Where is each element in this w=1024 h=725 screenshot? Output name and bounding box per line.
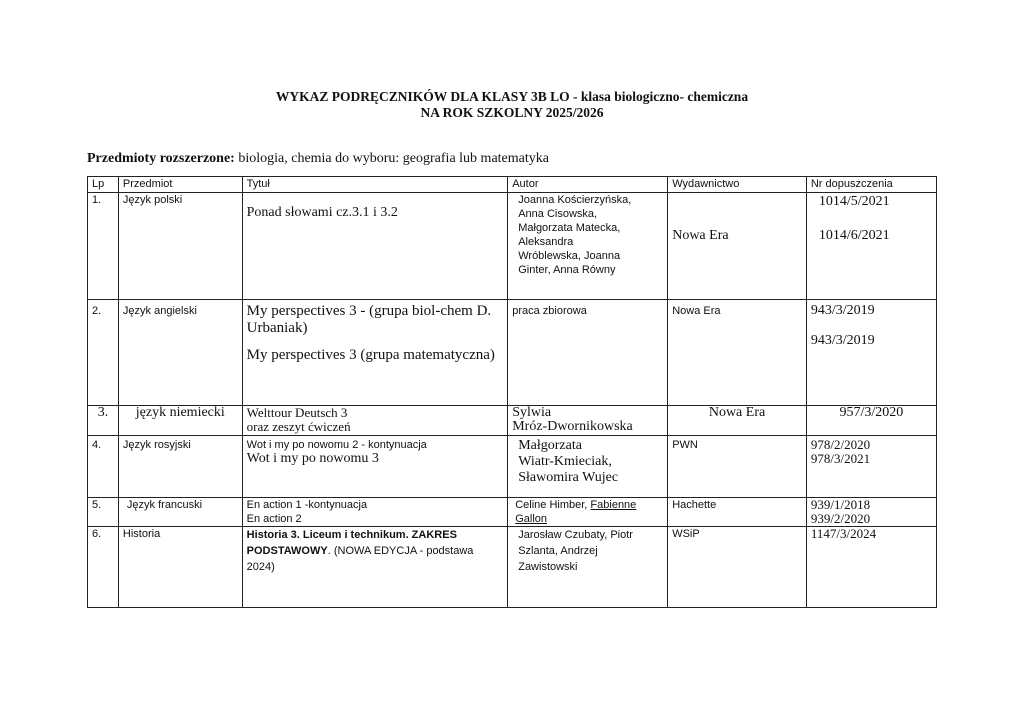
cell-subject: Język polski: [118, 193, 242, 300]
cell-approval-number: 978/2/2020 978/3/2021: [806, 436, 936, 498]
cell-title: My perspectives 3 - (grupa biol-chem D. …: [242, 300, 508, 406]
header-title: Tytuł: [242, 177, 508, 193]
cell-author: Sylwia Mróz-Dwornikowska: [508, 406, 668, 436]
cell-author: Joanna Kościerzyńska, Anna Cisowska, Mał…: [508, 193, 668, 300]
cell-publisher: WSiP: [668, 527, 807, 608]
cell-author: praca zbiorowa: [508, 300, 668, 406]
cell-subject: Język rosyjski: [118, 436, 242, 498]
cell-author: Jarosław Czubaty, Piotr Szlanta, Andrzej…: [508, 527, 668, 608]
cell-approval-number: 957/3/2020: [806, 406, 936, 436]
table-row: 3. język niemiecki Welttour Deutsch 3 or…: [88, 406, 937, 436]
cell-lp: 6.: [88, 527, 119, 608]
cell-lp: 4.: [88, 436, 119, 498]
document-title: WYKAZ PODRĘCZNIKÓW DLA KLASY 3B LO - kla…: [0, 89, 1024, 104]
cell-title: Welttour Deutsch 3 oraz zeszyt ćwiczeń: [242, 406, 508, 436]
table-row: 1. Język polski Ponad słowami cz.3.1 i 3…: [88, 193, 937, 300]
cell-lp: 3.: [88, 406, 119, 436]
cell-lp: 1.: [88, 193, 119, 300]
table-row: 5. Język francuski En action 1 -kontynua…: [88, 498, 937, 527]
cell-subject: Historia: [118, 527, 242, 608]
cell-publisher: Nowa Era: [668, 406, 807, 436]
header-publisher: Wydawnictwo: [668, 177, 807, 193]
cell-author: Małgorzata Wiatr-Kmieciak, Sławomira Wuj…: [508, 436, 668, 498]
cell-approval-number: 1147/3/2024: [806, 527, 936, 608]
cell-publisher: PWN: [668, 436, 807, 498]
cell-title: En action 1 -kontynuacja En action 2: [242, 498, 508, 527]
cell-subject: język niemiecki: [118, 406, 242, 436]
header-subject: Przedmiot: [118, 177, 242, 193]
extended-subjects: Przedmioty rozszerzone: biologia, chemia…: [87, 151, 549, 167]
extended-subjects-label: Przedmioty rozszerzone:: [87, 151, 235, 166]
table-row: 2. Język angielski My perspectives 3 - (…: [88, 300, 937, 406]
cell-subject: Język angielski: [118, 300, 242, 406]
cell-lp: 2.: [88, 300, 119, 406]
cell-approval-number: 1014/5/2021 1014/6/2021: [806, 193, 936, 300]
cell-author: Celine Himber, Fabienne Gallon: [508, 498, 668, 527]
header-author: Autor: [508, 177, 668, 193]
table-header-row: Lp Przedmiot Tytuł Autor Wydawnictwo Nr …: [88, 177, 937, 193]
cell-title: Ponad słowami cz.3.1 i 3.2: [242, 193, 508, 300]
header-approval-number: Nr dopuszczenia: [806, 177, 936, 193]
cell-approval-number: 943/3/2019 943/3/2019: [806, 300, 936, 406]
cell-subject: Język francuski: [118, 498, 242, 527]
cell-publisher: Nowa Era: [668, 300, 807, 406]
cell-title: Wot i my po nowomu 2 - kontynuacja Wot i…: [242, 436, 508, 498]
cell-approval-number: 939/1/2018 939/2/2020: [806, 498, 936, 527]
extended-subjects-text: biologia, chemia do wyboru: geografia lu…: [235, 151, 549, 166]
cell-title: Historia 3. Liceum i technikum. ZAKRES P…: [242, 527, 508, 608]
cell-lp: 5.: [88, 498, 119, 527]
cell-publisher: Hachette: [668, 498, 807, 527]
cell-publisher: Nowa Era: [668, 193, 807, 300]
header-lp: Lp: [88, 177, 119, 193]
table-row: 4. Język rosyjski Wot i my po nowomu 2 -…: [88, 436, 937, 498]
document-page: WYKAZ PODRĘCZNIKÓW DLA KLASY 3B LO - kla…: [0, 0, 1024, 725]
table-row: 6. Historia Historia 3. Liceum i technik…: [88, 527, 937, 608]
textbook-table: Lp Przedmiot Tytuł Autor Wydawnictwo Nr …: [87, 176, 937, 608]
school-year-title: NA ROK SZKOLNY 2025/2026: [0, 105, 1024, 120]
